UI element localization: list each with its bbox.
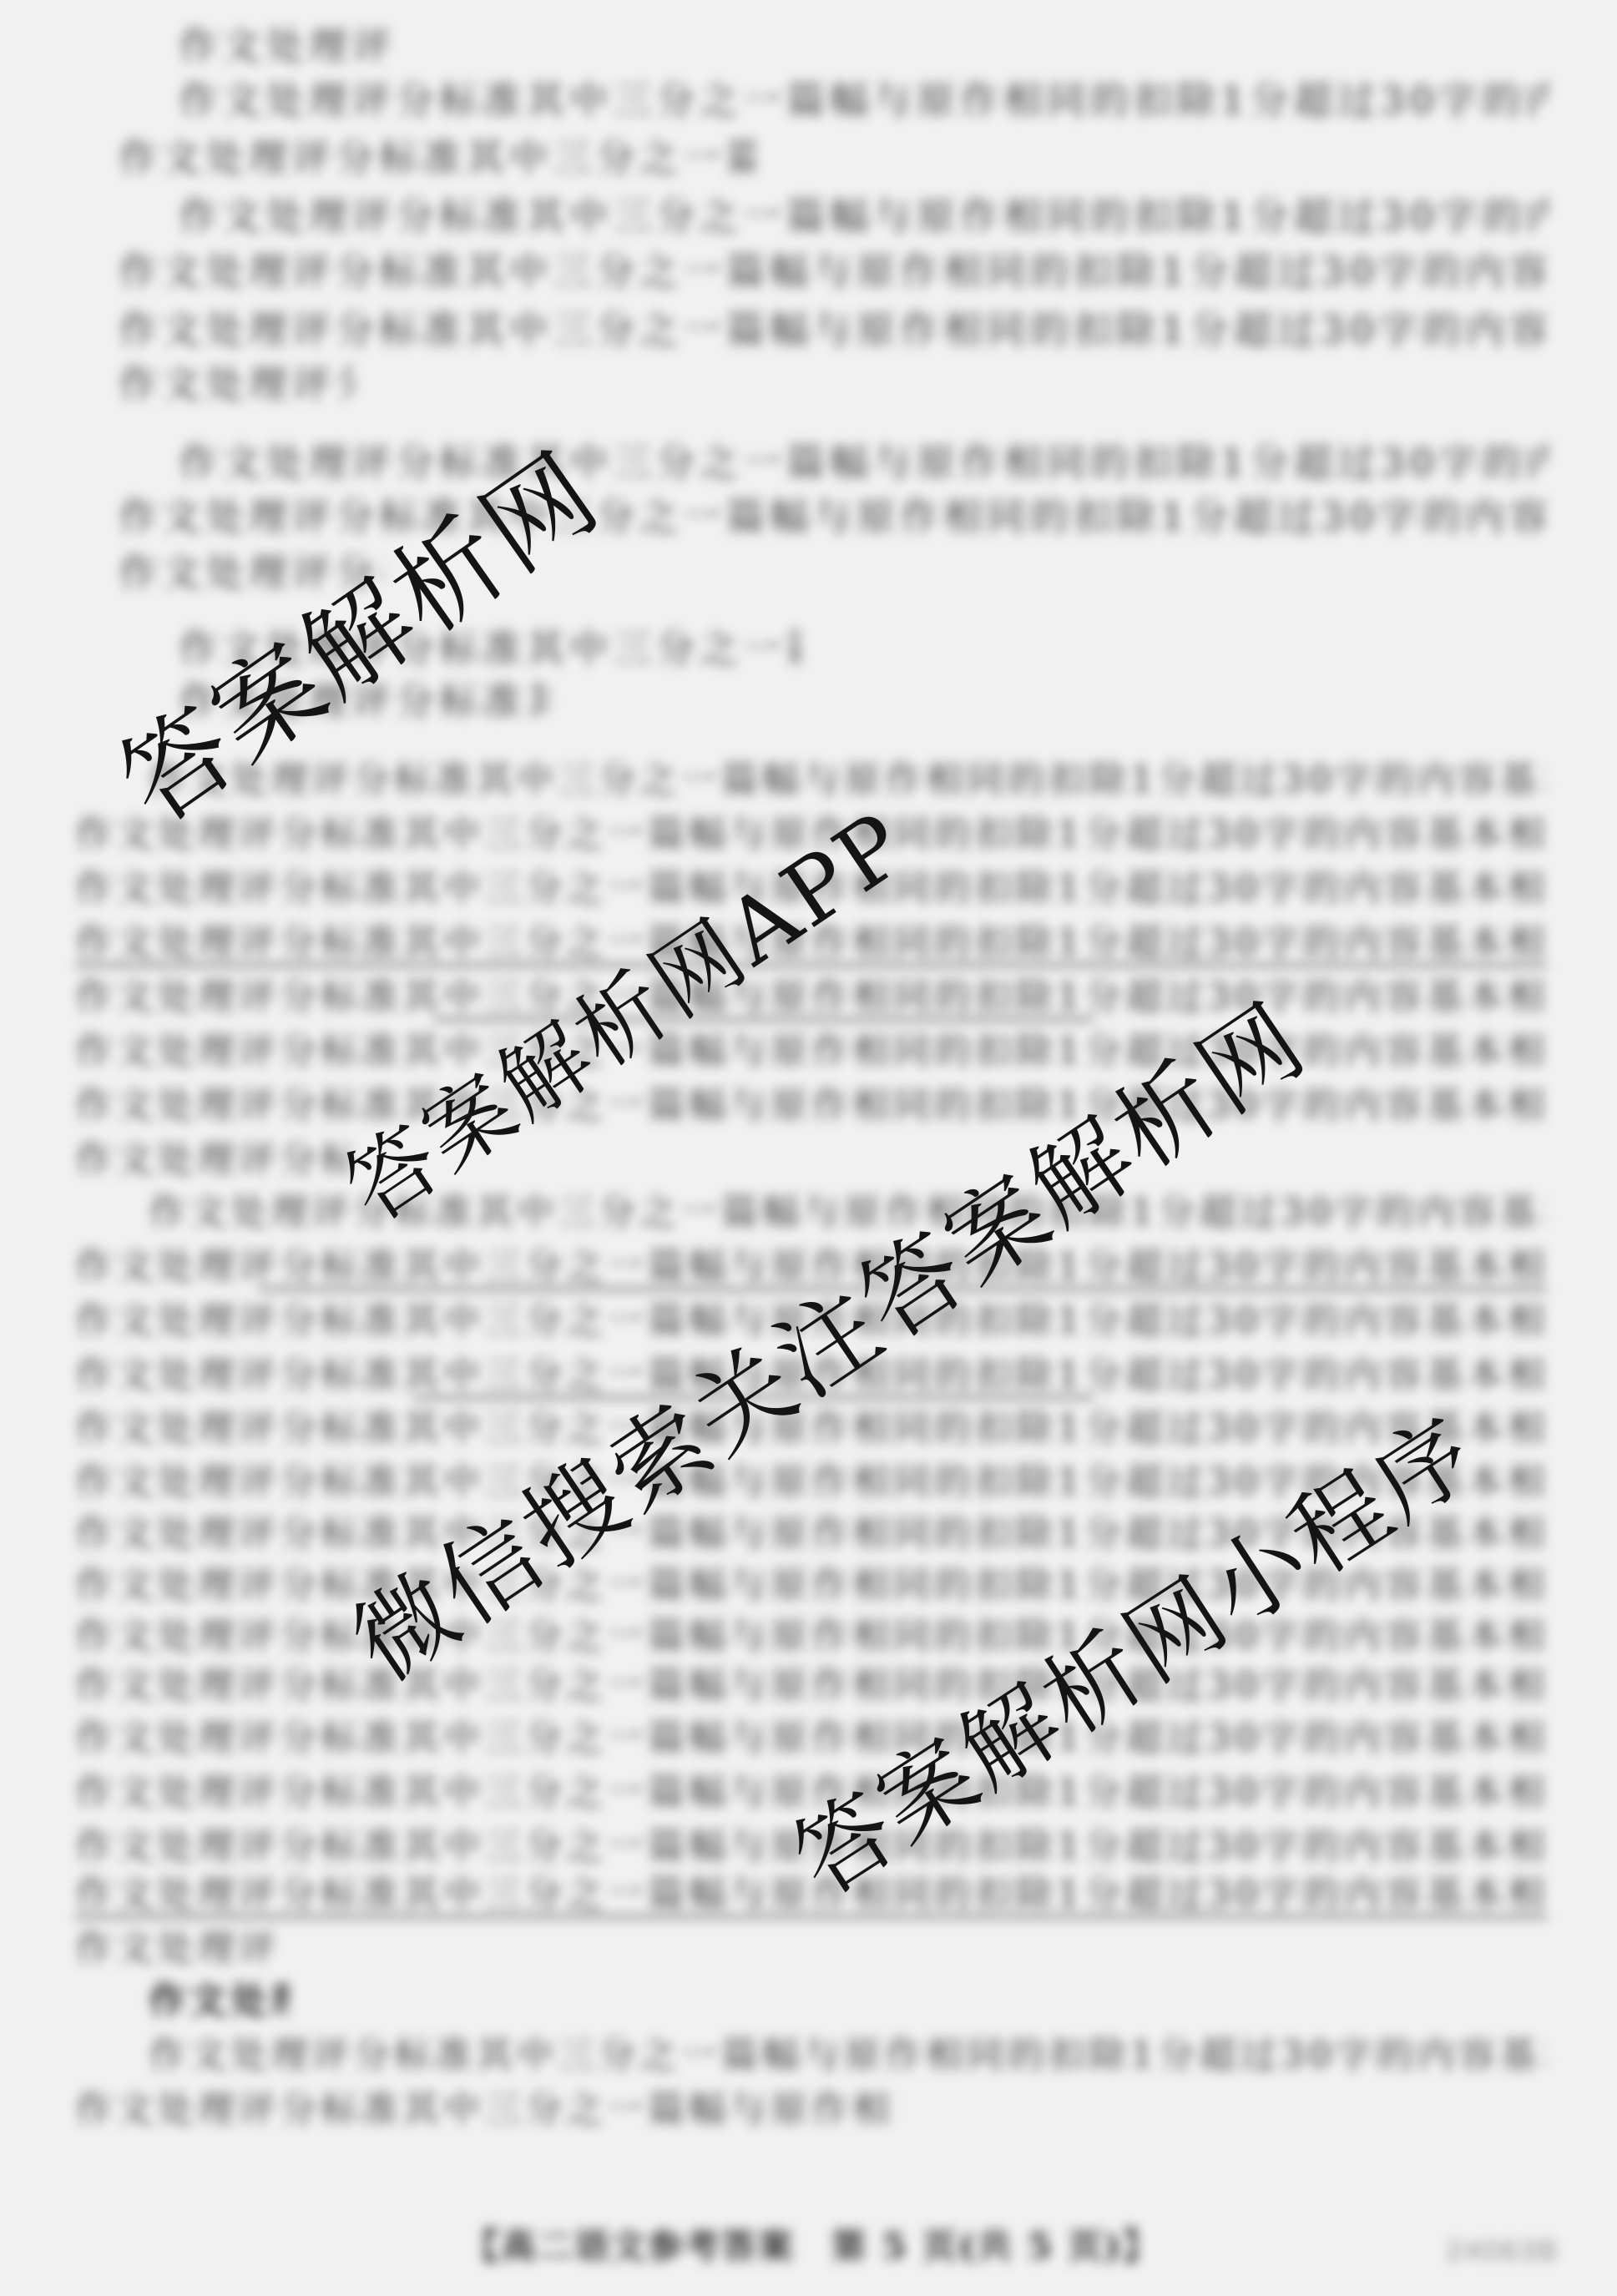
blurred-text-line: 作文处理评分标准其中三分之一篇幅与原作相同的扣除1分超过30字的内容基: [119, 250, 1547, 299]
blurred-text-line: 作文处理评分标准其中三分之一篇幅与原作相同的扣除1分超过30字的内容基本相同: [75, 815, 1547, 861]
blurred-text-line: 作文处理评分标准其中三分之一篇幅与原作相同的扣除1分超过30字的内容: [179, 79, 1547, 128]
underline-stroke: [75, 964, 1547, 966]
blurred-text-line: 作文处理评分标准其中三分之一篇幅与原作相同的扣除1分超过30字的内容基本相同: [75, 1355, 1547, 1402]
blurred-text-line: 作文处理评分标准其中三分之一篇幅与原作相同的扣除1分超过30字的内容基本相同: [75, 1462, 1547, 1509]
blurred-text-line: 作文处理评分: [149, 1981, 288, 2028]
blurred-text-line: 作文处理评分标准其中三分之一篇幅与原作相同的扣除1分超过30字的内容基本相同: [75, 1409, 1547, 1456]
blurred-text-line: 作文处理评分标准其中三分之一篇幅与原作相同的扣除1分超过30字的内容基本相: [149, 760, 1547, 807]
blurred-text-line: 作文处理评分标准其中三分之一篇幅与原作相同的扣除1分超过30字的内容基本相同: [75, 1827, 1547, 1874]
blurred-text-line: 作文处理评分标准其中三分之一篇幅与原作相同的扣除1分超过30字的内容基本相同: [75, 869, 1547, 916]
scanned-answer-sheet-page: 【高二语文参考答案 第 5 页(共 5 页)】 24063B 作文处理评分标准作…: [0, 0, 1617, 2296]
blurred-text-line: 作文处理评分标准其中三分之一篇幅与原作相同的扣除1分超过30字的内容基本相同: [75, 923, 1547, 970]
blurred-text-line: 作文处理评分标准其中三分之一篇幅与原作相同的扣除1分超过30字的内容基: [119, 496, 1547, 544]
blurred-text-line: 作文处理评分标准: [179, 25, 397, 73]
blurred-text-line: 作文处理评分标准其中三分之一篇幅与原作相同的扣除1分超过30字的内容基本相同: [75, 1247, 1547, 1294]
blurred-text-line: 作文处理评分标准其中三分之一篇幅与原作相同的扣除1分超过30字的内容基本相同: [75, 1718, 1547, 1765]
footer-page-caption: 【高二语文参考答案 第 5 页(共 5 页)】: [464, 2219, 1160, 2269]
blurred-text-line: 作文处理评分标准其中三分之一篇幅与原作相同的扣除1分超过30字的内容基本相同: [75, 1514, 1547, 1561]
blurred-text-line: 作文处理评分标准其中三分之一篇幅与原作相同的扣除1分超过30字的内容: [179, 442, 1547, 490]
blurred-text-line: 作文处理评分标准其中三分之一篇幅与原作相同的扣除1分超过30字的内容基本相同: [75, 1086, 1547, 1133]
underline-stroke: [434, 1018, 1094, 1021]
blurred-document-layer: 【高二语文参考答案 第 5 页(共 5 页)】 24063B 作文处理评分标准作…: [0, 0, 1617, 2296]
blurred-text-line: 作文处理评分标准其中三分之一篇幅与原作相同的扣除1分超过30字的内容基本相: [149, 2036, 1547, 2082]
paper-code: 24063B: [1447, 2235, 1559, 2268]
blurred-text-line: 作文处理评分标准其中三分之一篇幅与原作相同的扣除1分超过30字的内容基本相同: [75, 1875, 1547, 1921]
blurred-text-line: 作文处理评分标准: [119, 363, 355, 411]
underline-stroke: [259, 1288, 1547, 1290]
underline-stroke: [75, 1915, 1547, 1918]
blurred-text-line: 作文处理评分标准其中三分之一篇幅与原作相同的扣除1分超过30字的内容基本相同: [75, 1666, 1547, 1713]
blurred-text-line: 作文处理评分标准其中三: [179, 680, 551, 729]
blurred-text-line: 作文处理评分标准其中三分之一篇幅与: [119, 137, 755, 185]
blurred-text-line: 作文处理评分标准其中三分之一篇幅与原作相同的扣除1分超过30字的内容基本相: [149, 1193, 1547, 1239]
blurred-text-line: 作文处理评分标准其中三分之一篇幅与原作相同的扣除1分超过30字的内容基本相同: [75, 1617, 1547, 1663]
blurred-text-line: 作文处理评分标准其中三分之一篇幅与原作相同的扣除1分超过30字的内容基: [119, 309, 1547, 357]
blurred-text-line: 作文处理评分标准其中三分之一篇幅与原作相同的扣除1分超过30字的内容基本相同: [75, 1566, 1547, 1612]
blurred-text-line: 作文处理评分标准其中三分之一篇幅与原作相同的扣除1分超过30字的内容基本相同: [75, 1773, 1547, 1819]
blurred-text-line: 作文处理评分标准其中三分之一篇幅与原作相同的扣除1分超过30字的内容基本相同: [75, 1032, 1547, 1078]
blurred-text-line: 作文处理评分标准其中三分之一篇幅与: [179, 628, 800, 676]
underline-stroke: [413, 1396, 1094, 1399]
blurred-text-line: 作文处理评分标准其: [75, 1140, 351, 1187]
blurred-text-line: 作文处理评分标准其中三分之一篇幅与原作相同的扣除1分超过30字的内容: [179, 195, 1547, 244]
blurred-text-line: 作文处理评分标准其中三分之一篇幅与原作相同的扣除1分超过30字的内容基本相同: [75, 977, 1547, 1024]
blurred-text-line: 作文处理评分标准其中三分之一篇幅与原作相同的扣: [75, 2090, 897, 2137]
blurred-text-line: 作文处理评分标准其: [119, 552, 384, 600]
blurred-text-line: 作文处理评分标: [75, 1929, 280, 1976]
blurred-text-line: 作文处理评分标准其中三分之一篇幅与原作相同的扣除1分超过30字的内容基本相同: [75, 1301, 1547, 1348]
